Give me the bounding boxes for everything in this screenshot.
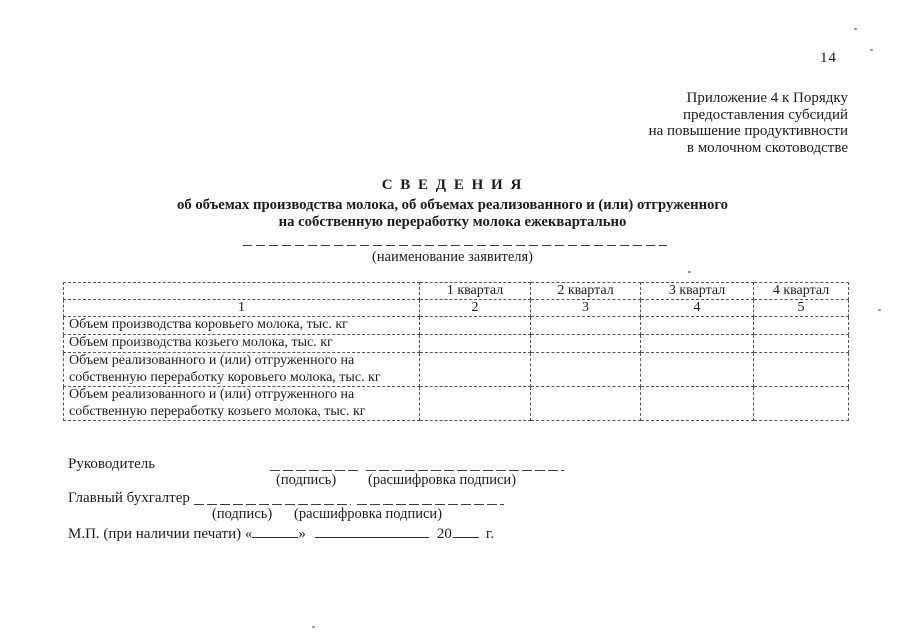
appendix-line: в молочном скотоводстве [649,140,848,157]
milk-volumes-table: 1 квартал 2 квартал 3 квартал 4 квартал … [63,282,849,421]
seal-prefix: М.П. (при наличии печати) « [68,526,252,542]
table-header-row-numbers: 1 2 3 4 5 [64,300,849,317]
table-row: Объем производства коровьего молока, тыс… [64,317,849,335]
header-cell-quarter: 1 квартал [420,283,531,300]
value-cell [531,353,641,387]
header-cell-quarter: 3 квартал [641,283,754,300]
applicant-name-blank-line [243,245,667,246]
table-row: Объем реализованного и (или) отгруженног… [64,353,849,387]
table-header-row-quarters: 1 квартал 2 квартал 3 квартал 4 квартал [64,283,849,300]
year-prefix: 20 [437,526,452,542]
header-cell-number: 2 [420,300,531,317]
director-signature-blank [270,470,358,471]
scan-speck [688,271,691,273]
row-label: Объем производства козьего молока, тыс. … [64,335,420,353]
header-cell-number: 4 [641,300,754,317]
header-cell-number: 5 [754,300,849,317]
header-cell-number: 1 [64,300,420,317]
value-cell [420,353,531,387]
signature-caption: (подпись) [212,506,272,523]
accountant-transcript-blank [357,504,504,505]
table-row: Объем реализованного и (или) отгруженног… [64,387,849,421]
header-cell-empty [64,283,420,300]
value-cell [531,317,641,335]
seal-and-date-line: М.П. (при наличии печати) «»20г. [68,524,494,543]
value-cell [420,387,531,421]
value-cell [641,317,754,335]
value-cell [754,335,849,353]
scan-speck [854,28,857,30]
document-title: С В Е Д Е Н И Я [0,177,905,194]
appendix-line: на повышение продуктивности [649,123,848,140]
page-number: 14 [820,50,837,67]
accountant-signature-blank [194,504,351,505]
row-label: Объем производства коровьего молока, тыс… [64,317,420,335]
signature-caption: (подпись) [276,472,336,489]
day-blank [252,524,298,538]
appendix-reference: Приложение 4 к Порядку предоставления су… [649,90,848,156]
table-row: Объем производства козьего молока, тыс. … [64,335,849,353]
scan-speck [312,626,315,628]
transcript-caption: (расшифровка подписи) [368,472,516,489]
director-label: Руководитель [68,456,155,473]
scan-speck [878,309,881,311]
document-subtitle-line-1: об объемах производства молока, об объем… [0,197,905,214]
transcript-caption: (расшифровка подписи) [294,506,442,523]
applicant-name-caption: (наименование заявителя) [0,249,905,266]
header-cell-quarter: 4 квартал [754,283,849,300]
value-cell [641,387,754,421]
row-label: Объем реализованного и (или) отгруженног… [64,353,420,387]
scan-speck [870,49,873,51]
value-cell [754,353,849,387]
appendix-line: предоставления субсидий [649,107,848,124]
value-cell [420,335,531,353]
year-suffix: г. [486,526,494,542]
director-transcript-blank [366,470,564,471]
value-cell [754,317,849,335]
header-cell-number: 3 [531,300,641,317]
header-cell-quarter: 2 квартал [531,283,641,300]
value-cell [641,335,754,353]
value-cell [641,353,754,387]
accountant-label: Главный бухгалтер [68,490,190,507]
appendix-line: Приложение 4 к Порядку [649,90,848,107]
scanned-document-page: 14 Приложение 4 к Порядку предоставления… [0,0,905,640]
row-label: Объем реализованного и (или) отгруженног… [64,387,420,421]
seal-close-quote: » [298,526,306,542]
value-cell [531,387,641,421]
value-cell [754,387,849,421]
value-cell [531,335,641,353]
month-blank [315,524,429,538]
value-cell [420,317,531,335]
year-blank [453,524,479,538]
document-subtitle-line-2: на собственную переработку молока ежеква… [0,214,905,231]
